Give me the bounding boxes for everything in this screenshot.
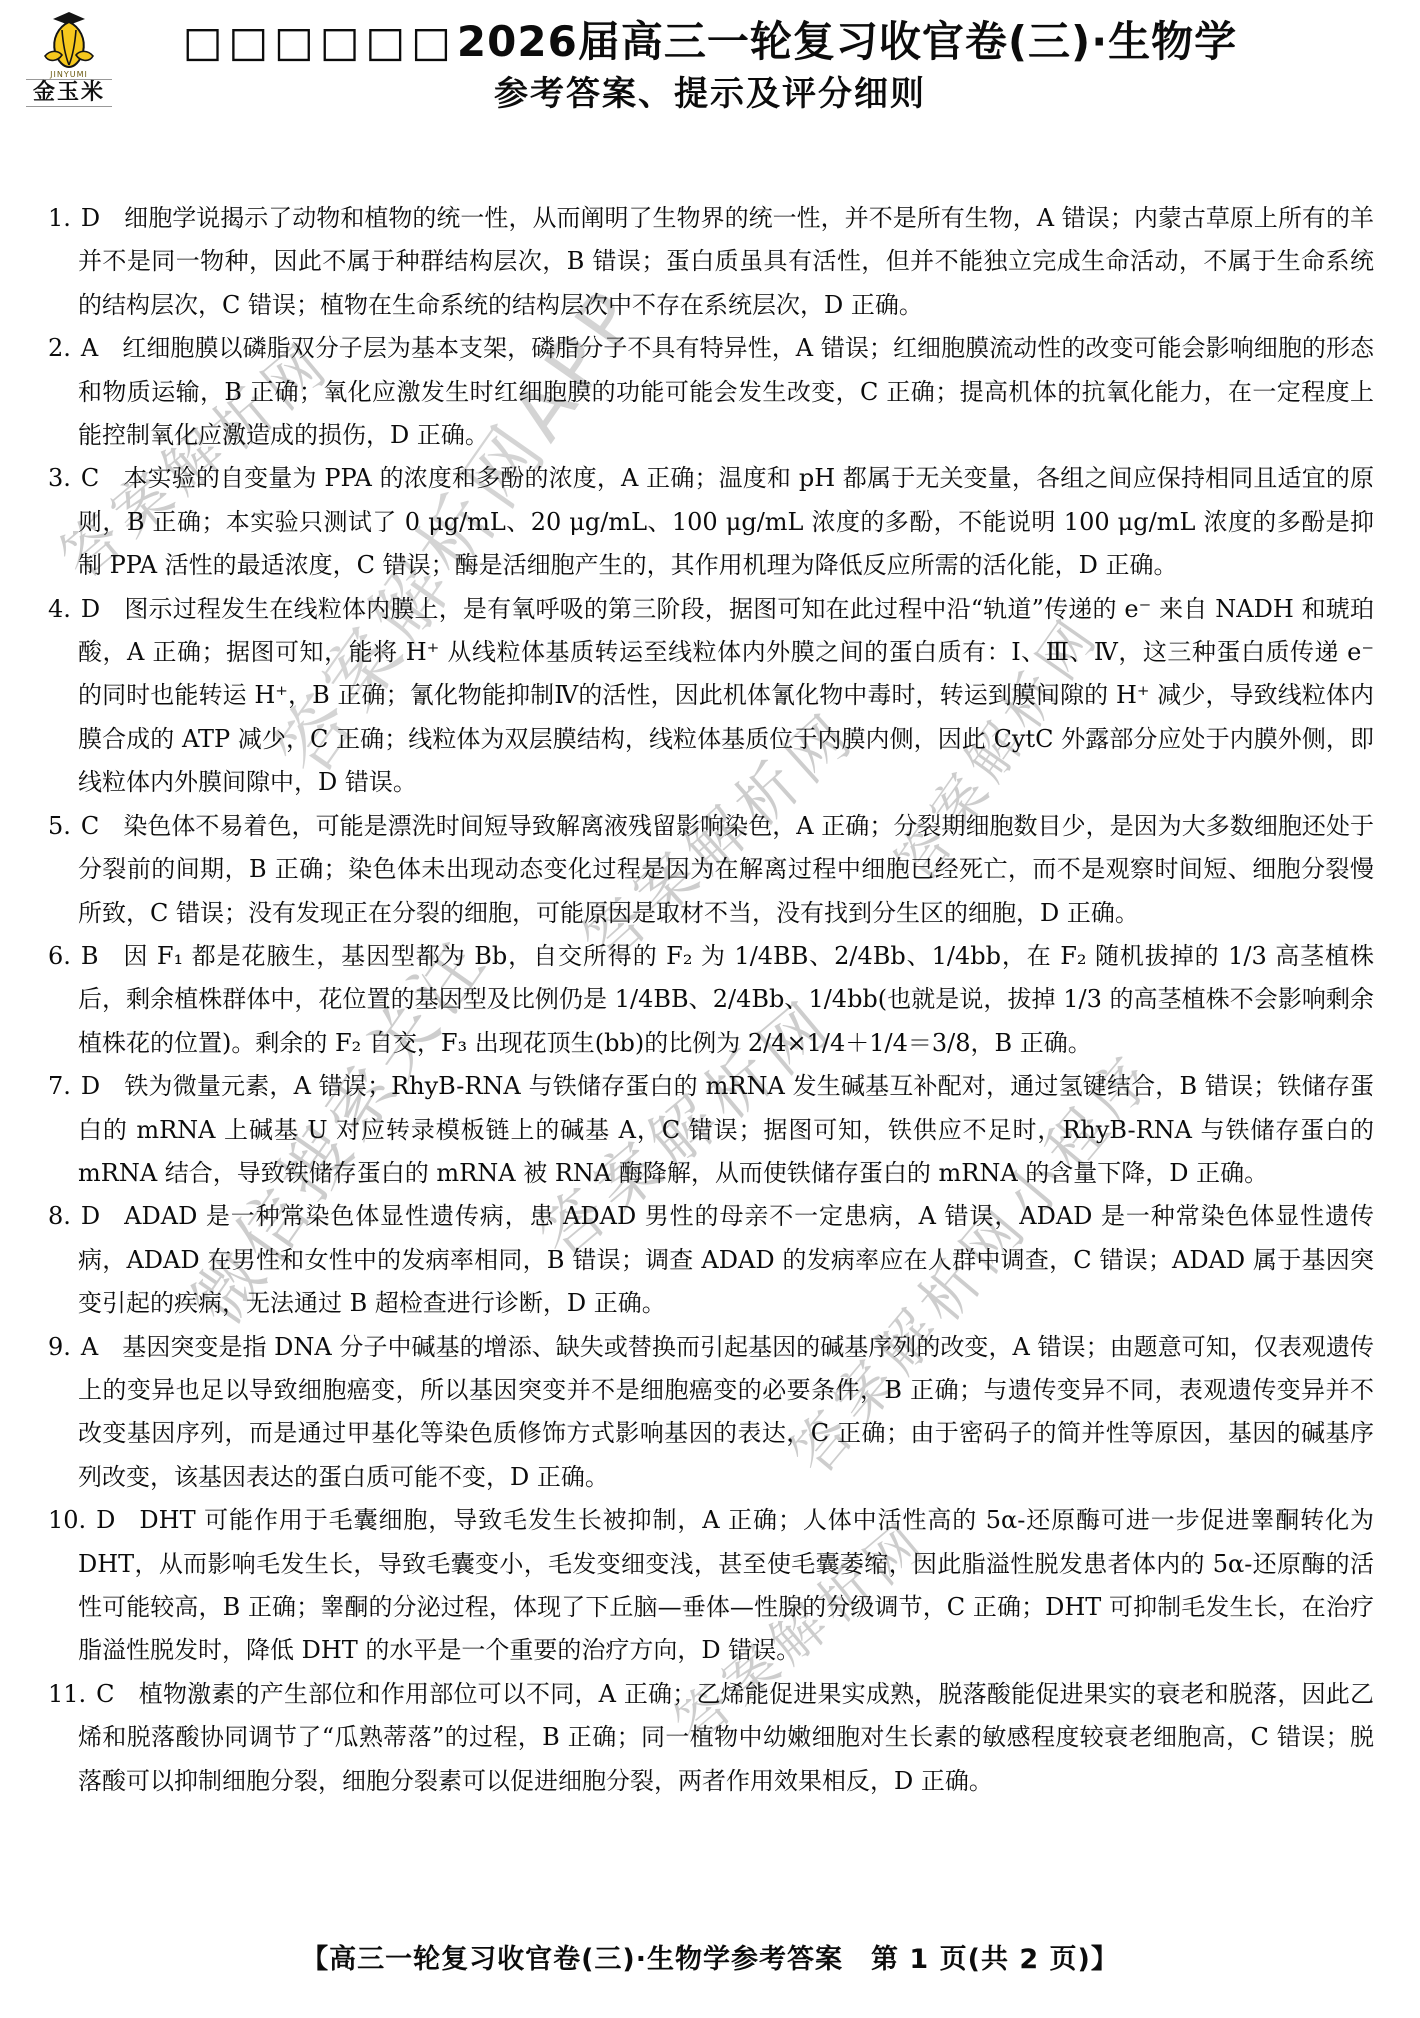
answer-item-10: 10.DDHT 可能作用于毛囊细胞，导致毛发生长被抑制，A 正确；人体中活性高的… (48, 1499, 1374, 1673)
masked-school-name: □□□□□□ (183, 17, 457, 66)
answer-explanation: 因 F₁ 都是花腋生，基因型都为 Bb，自交所得的 F₂ 为 1/4BB、2/4… (78, 942, 1374, 1057)
answer-explanation: 染色体不易着色，可能是漂洗时间短导致解离液残留影响染色，A 正确；分裂期细胞数目… (78, 812, 1374, 927)
answer-letter: D (81, 1202, 100, 1230)
answer-item-5: 5.C染色体不易着色，可能是漂洗时间短导致解离液残留影响染色，A 正确；分裂期细… (48, 805, 1374, 935)
answer-number: 10. (48, 1506, 86, 1534)
answer-item-9: 9.A基因突变是指 DNA 分子中碱基的增添、缺失或替换而引起基因的碱基序列的改… (48, 1326, 1374, 1500)
answer-number: 1. (48, 204, 71, 232)
answer-explanation: 植物激素的产生部位和作用部位可以不同，A 正确；乙烯能促进果实成熟，脱落酸能促进… (78, 1680, 1374, 1795)
answer-letter: C (81, 812, 99, 840)
answer-item-11: 11.C植物激素的产生部位和作用部位可以不同，A 正确；乙烯能促进果实成熟，脱落… (48, 1673, 1374, 1803)
answer-letter: A (81, 334, 98, 362)
answer-explanation: 图示过程发生在线粒体内膜上，是有氧呼吸的第三阶段，据图可知在此过程中沿“轨道”传… (78, 595, 1374, 797)
page-header: □□□□□□2026届高三一轮复习收官卷(三)·生物学 参考答案、提示及评分细则 (0, 18, 1420, 114)
answer-letter: D (81, 595, 100, 623)
answer-number: 2. (48, 334, 71, 362)
answer-item-2: 2.A红细胞膜以磷脂双分子层为基本支架，磷脂分子不具有特异性，A 错误；红细胞膜… (48, 327, 1374, 457)
answer-explanation: DHT 可能作用于毛囊细胞，导致毛发生长被抑制，A 正确；人体中活性高的 5α-… (78, 1506, 1374, 1664)
answer-number: 11. (48, 1680, 86, 1708)
answer-letter: D (96, 1506, 115, 1534)
exam-title: □□□□□□2026届高三一轮复习收官卷(三)·生物学 (0, 18, 1420, 66)
page-footer: 【高三一轮复习收官卷(三)·生物学参考答案 第 1 页(共 2 页)】 (0, 1937, 1420, 1976)
answer-item-7: 7.D铁为微量元素，A 错误；RhyB-RNA 与铁储存蛋白的 mRNA 发生碱… (48, 1065, 1374, 1195)
answer-explanation: 铁为微量元素，A 错误；RhyB-RNA 与铁储存蛋白的 mRNA 发生碱基互补… (78, 1072, 1374, 1187)
answer-item-8: 8.DADAD 是一种常染色体显性遗传病，患 ADAD 男性的母亲不一定患病，A… (48, 1195, 1374, 1325)
answer-number: 3. (48, 464, 71, 492)
answer-number: 4. (48, 595, 71, 623)
exam-title-text: 2026届高三一轮复习收官卷(三)·生物学 (457, 17, 1237, 66)
answer-explanation: ADAD 是一种常染色体显性遗传病，患 ADAD 男性的母亲不一定患病，A 错误… (78, 1202, 1374, 1317)
answer-number: 8. (48, 1202, 71, 1230)
answer-number: 7. (48, 1072, 71, 1100)
answer-item-4: 4.D图示过程发生在线粒体内膜上，是有氧呼吸的第三阶段，据图可知在此过程中沿“轨… (48, 588, 1374, 805)
answer-explanation: 红细胞膜以磷脂双分子层为基本支架，磷脂分子不具有特异性，A 错误；红细胞膜流动性… (78, 334, 1374, 449)
answer-letter: D (81, 1072, 100, 1100)
answer-explanation: 细胞学说揭示了动物和植物的统一性，从而阐明了生物界的统一性，并不是所有生物，A … (78, 204, 1374, 319)
answer-item-1: 1.D细胞学说揭示了动物和植物的统一性，从而阐明了生物界的统一性，并不是所有生物… (48, 197, 1374, 327)
answer-explanation: 本实验的自变量为 PPA 的浓度和多酚的浓度，A 正确；温度和 pH 都属于无关… (78, 464, 1374, 579)
answer-item-6: 6.B因 F₁ 都是花腋生，基因型都为 Bb，自交所得的 F₂ 为 1/4BB、… (48, 935, 1374, 1065)
answers-list: 1.D细胞学说揭示了动物和植物的统一性，从而阐明了生物界的统一性，并不是所有生物… (48, 197, 1374, 1803)
exam-subtitle: 参考答案、提示及评分细则 (0, 74, 1420, 114)
answer-item-3: 3.C本实验的自变量为 PPA 的浓度和多酚的浓度，A 正确；温度和 pH 都属… (48, 457, 1374, 587)
answer-number: 5. (48, 812, 71, 840)
answer-letter: C (96, 1680, 114, 1708)
answer-letter: B (81, 942, 99, 970)
answer-letter: D (81, 204, 100, 232)
exam-answer-page: 答案解析网 答案解析网APP 答案解析网 答案解析网 微信搜索关注 答案解析网 … (0, 0, 1420, 2018)
answer-number: 6. (48, 942, 71, 970)
answer-letter: C (81, 464, 99, 492)
answer-number: 9. (48, 1333, 71, 1361)
answer-letter: A (81, 1333, 98, 1361)
answer-explanation: 基因突变是指 DNA 分子中碱基的增添、缺失或替换而引起基因的碱基序列的改变，A… (78, 1333, 1374, 1491)
